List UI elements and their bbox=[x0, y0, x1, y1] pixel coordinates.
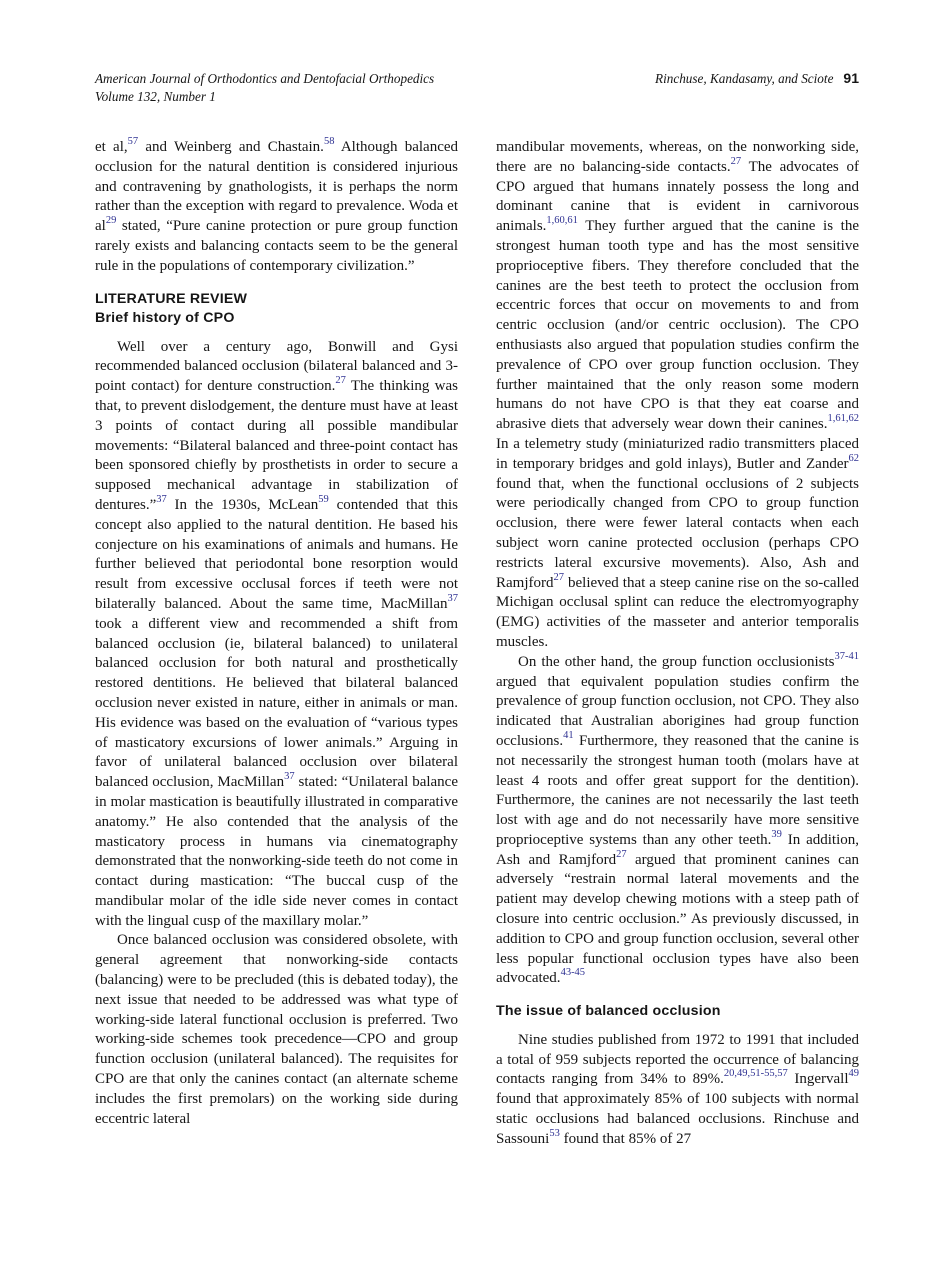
citation-reference[interactable]: 37-41 bbox=[835, 651, 860, 662]
citation-reference[interactable]: 27 bbox=[616, 849, 627, 860]
volume-info: Volume 132, Number 1 bbox=[95, 88, 434, 106]
citation-reference[interactable]: 1,60,61 bbox=[546, 215, 578, 226]
citation-reference[interactable]: 62 bbox=[849, 453, 860, 464]
citation-reference[interactable]: 57 bbox=[128, 136, 139, 147]
journal-page: American Journal of Orthodontics and Den… bbox=[0, 0, 950, 1272]
citation-reference[interactable]: 43-45 bbox=[561, 967, 586, 978]
citation-reference[interactable]: 27 bbox=[554, 572, 565, 583]
paragraph: Well over a century ago, Bonwill and Gys… bbox=[95, 338, 458, 932]
subsection-heading: The issue of balanced occlusion bbox=[496, 1002, 859, 1022]
citation-reference[interactable]: 37 bbox=[156, 494, 167, 505]
running-head: Rinchuse, Kandasamy, and Sciote91 bbox=[655, 70, 859, 88]
paragraph: On the other hand, the group function oc… bbox=[496, 653, 859, 990]
section-heading: LITERATURE REVIEW bbox=[95, 290, 458, 310]
page-header: American Journal of Orthodontics and Den… bbox=[95, 70, 859, 105]
paragraph: Once balanced occlusion was considered o… bbox=[95, 931, 458, 1129]
paragraph: Nine studies published from 1972 to 1991… bbox=[496, 1031, 859, 1150]
journal-info: American Journal of Orthodontics and Den… bbox=[95, 70, 434, 105]
citation-reference[interactable]: 27 bbox=[731, 156, 742, 167]
citation-reference[interactable]: 49 bbox=[849, 1068, 860, 1079]
article-body: et al,57 and Weinberg and Chastain.58 Al… bbox=[95, 138, 859, 1150]
citation-reference[interactable]: 1,61,62 bbox=[828, 413, 860, 424]
citation-reference[interactable]: 41 bbox=[563, 730, 574, 741]
subsection-heading: Brief history of CPO bbox=[95, 309, 458, 329]
paragraph: et al,57 and Weinberg and Chastain.58 Al… bbox=[95, 138, 458, 277]
paragraph: mandibular movements, whereas, on the no… bbox=[496, 138, 859, 653]
running-authors: Rinchuse, Kandasamy, and Sciote bbox=[655, 71, 833, 86]
citation-reference[interactable]: 59 bbox=[318, 494, 329, 505]
citation-reference[interactable]: 39 bbox=[771, 829, 782, 840]
citation-reference[interactable]: 27 bbox=[335, 375, 346, 386]
right-column: mandibular movements, whereas, on the no… bbox=[496, 138, 859, 1150]
left-column: et al,57 and Weinberg and Chastain.58 Al… bbox=[95, 138, 458, 1150]
journal-title: American Journal of Orthodontics and Den… bbox=[95, 70, 434, 88]
citation-reference[interactable]: 20,49,51-55,57 bbox=[724, 1068, 788, 1079]
citation-reference[interactable]: 53 bbox=[549, 1128, 560, 1139]
citation-reference[interactable]: 37 bbox=[284, 771, 295, 782]
citation-reference[interactable]: 29 bbox=[106, 215, 117, 226]
page-number: 91 bbox=[843, 70, 859, 86]
citation-reference[interactable]: 37 bbox=[448, 593, 459, 604]
citation-reference[interactable]: 58 bbox=[324, 136, 335, 147]
